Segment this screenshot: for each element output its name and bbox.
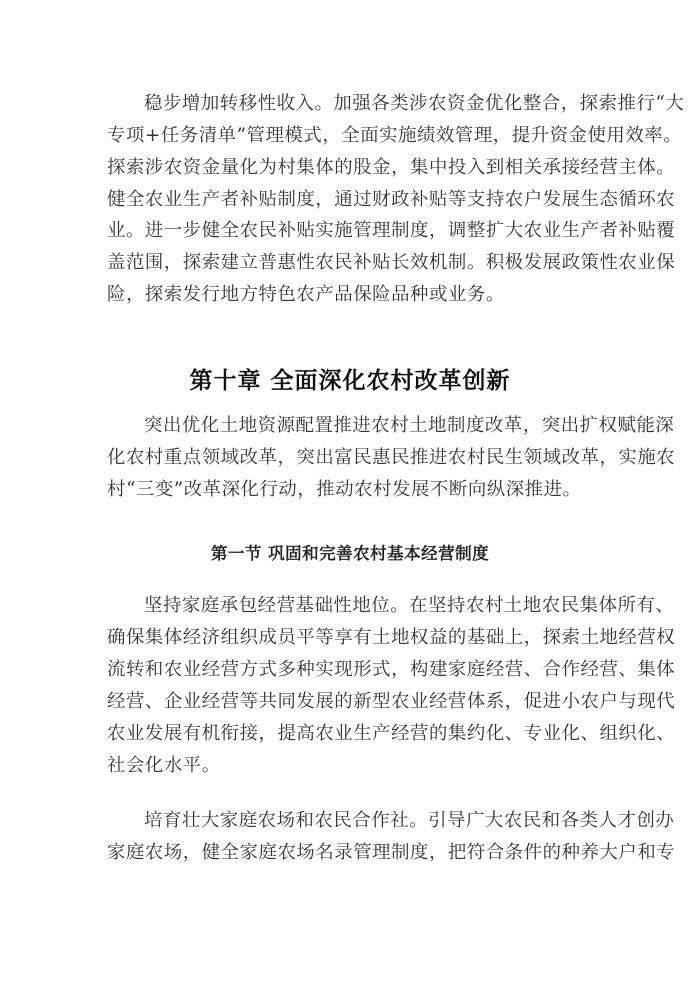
paragraph-line: 突出优化土地资源配置推进农村土地制度改革，突出扩权赋能深 [144,415,597,437]
document-page: 稳步增加转移性收入。加强各类涉农资金优化整合，探索推行“大 专项+任务清单”管理… [0,0,700,990]
paragraph-line: 确保集体经济组织成员平等享有土地权益的基础上，探索土地经营权 [107,627,597,649]
paragraph-line: 险，探索发行地方特色农产品保险品种或业务。 [107,284,597,306]
paragraph-line: 专项+任务清单”管理模式，全面实施绩效管理，提升资金使用效率。 [107,125,597,147]
section-title: 第一节 巩固和完善农村基本经营制度 [0,540,700,564]
paragraph-line: 业。进一步健全农民补贴实施管理制度，调整扩大农业生产者补贴覆 [107,220,597,242]
paragraph-line: 盖范围，探索建立普惠性农民补贴长效机制。积极发展政策性农业保 [107,252,597,274]
paragraph-line: 培育壮大家庭农场和农民合作社。引导广大农民和各类人才创办 [144,810,597,832]
chapter-title: 第十章 全面深化农村改革创新 [0,362,700,395]
paragraph-line: 村“三变”改革深化行动，推动农村发展不断向纵深推进。 [107,479,597,501]
paragraph-line: 坚持家庭承包经营基础性地位。在坚持农村土地农民集体所有、 [144,595,597,617]
paragraph-line: 探索涉农资金量化为村集体的股金，集中投入到相关承接经营主体。 [107,157,597,179]
paragraph-line: 健全农业生产者补贴制度，通过财政补贴等支持农户发展生态循环农 [107,189,597,211]
paragraph-line: 社会化水平。 [107,755,597,777]
paragraph-line: 稳步增加转移性收入。加强各类涉农资金优化整合，探索推行“大 [144,93,597,115]
paragraph-line: 经营、企业经营等共同发展的新型农业经营体系，促进小农户与现代 [107,691,597,713]
paragraph-line: 家庭农场，健全家庭农场名录管理制度，把符合条件的种养大户和专 [107,842,597,864]
paragraph-line: 流转和农业经营方式多种实现形式，构建家庭经营、合作经营、集体 [107,659,597,681]
paragraph-line: 农业发展有机衔接，提高农业生产经营的集约化、专业化、组织化、 [107,723,597,745]
paragraph-line: 化农村重点领域改革，突出富民惠民推进农村民生领域改革，实施农 [107,447,597,469]
